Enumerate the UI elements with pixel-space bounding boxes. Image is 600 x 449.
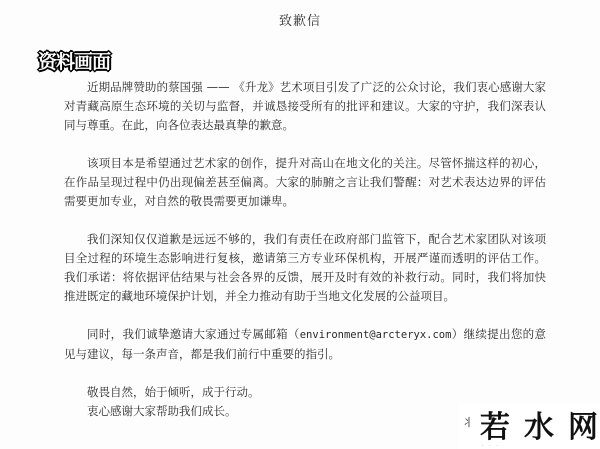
paragraph-contact: 同时，我们诚挚邀请大家通过专属邮箱（environment@arcteryx.c… — [64, 325, 546, 364]
paragraph-2: 该项目本是希望通过艺术家的创作，提升对高山在地文化的关注。尽管怀揣这样的初心，在… — [64, 154, 546, 211]
letter-body: 近期品牌赞助的蔡国强 —— 《升龙》艺术项目引发了广泛的公众讨论，我们衷心感谢大… — [64, 78, 546, 421]
closing-line-1: 敬畏自然，始于倾听，成于行动。 — [64, 383, 546, 402]
contact-text-before: 同时，我们诚挚邀请大家通过专属邮箱（ — [87, 327, 300, 341]
watermark-partial-char: 丬 — [462, 414, 473, 430]
source-label: 资料画面 — [38, 47, 110, 74]
contact-email-link[interactable]: environment@arcteryx.com — [300, 329, 452, 341]
site-watermark: 丬 若水网 · · · — [458, 404, 600, 449]
letter-title: 致歉信 — [0, 10, 600, 29]
paragraph-1: 近期品牌赞助的蔡国强 —— 《升龙》艺术项目引发了广泛的公众讨论，我们衷心感谢大… — [64, 78, 546, 135]
watermark-subtext: · · · — [482, 443, 500, 449]
paragraph-3: 我们深知仅仅道歉是远远不够的，我们有责任在政府部门监管下，配合艺术家团队对该项目… — [64, 230, 546, 306]
watermark-logo-text: 若水网 — [480, 402, 600, 446]
